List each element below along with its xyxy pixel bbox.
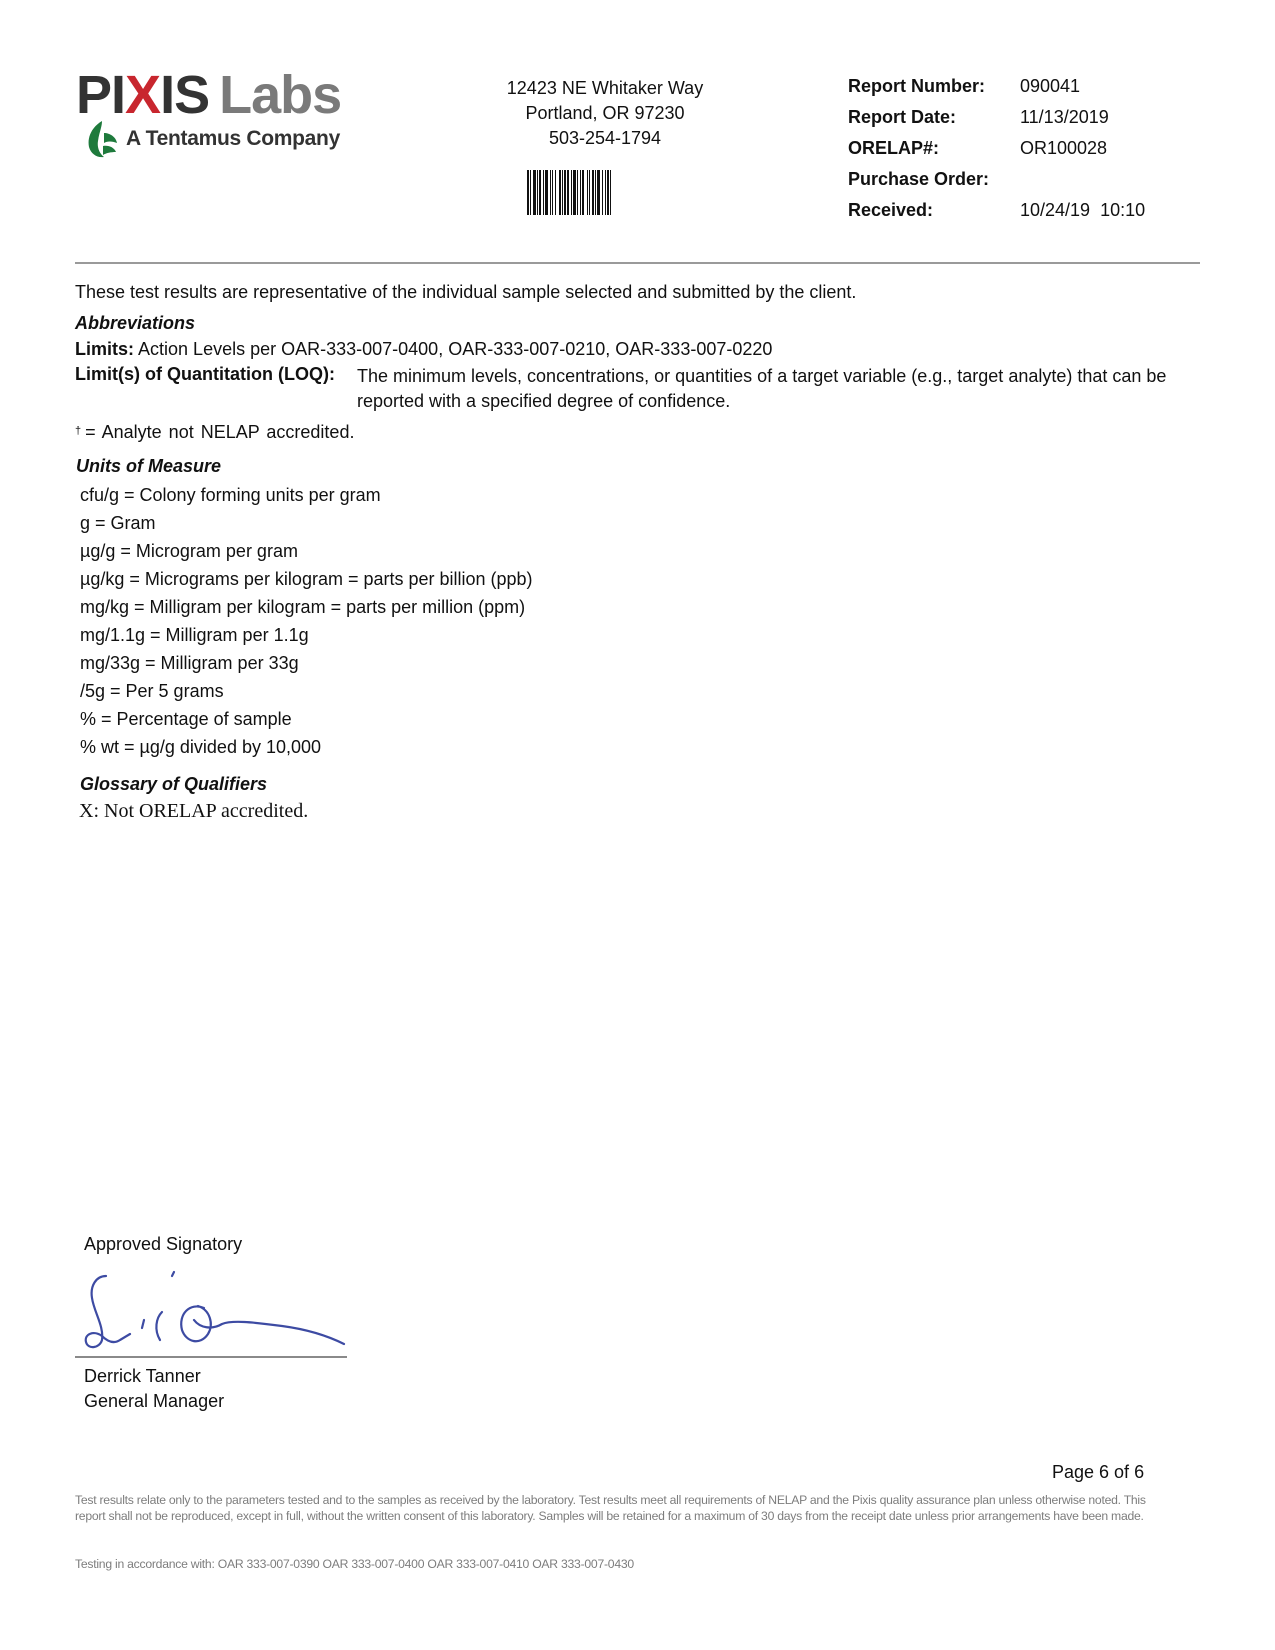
unit-definition: mg/33g = Milligram per 33g: [80, 652, 533, 680]
unit-definition: mg/1.1g = Milligram per 1.1g: [80, 624, 533, 652]
loq-label: Limit(s) of Quantitation (LOQ):: [75, 364, 335, 385]
logo-text-pi: PI: [76, 65, 125, 125]
meta-row-purchase-order: Purchase Order:: [848, 169, 1145, 200]
barcode: [527, 170, 668, 215]
approved-signatory-label: Approved Signatory: [84, 1234, 242, 1255]
intro-statement: These test results are representative of…: [75, 282, 856, 303]
unit-definition: g = Gram: [80, 512, 533, 540]
unit-definition: µg/kg = Micrograms per kilogram = parts …: [80, 568, 533, 596]
meta-row-orelap: ORELAP#:OR100028: [848, 138, 1145, 169]
limits-definition: Limits: Action Levels per OAR-333-007-04…: [75, 339, 772, 360]
lab-address: 12423 NE Whitaker Way Portland, OR 97230…: [480, 76, 730, 151]
unit-definition: cfu/g = Colony forming units per gram: [80, 484, 533, 512]
address-street: 12423 NE Whitaker Way: [480, 76, 730, 101]
signature-line: [75, 1356, 347, 1358]
logo-tagline: A Tentamus Company: [126, 127, 340, 151]
footer-disclaimer: Test results relate only to the paramete…: [75, 1492, 1155, 1524]
logo-text-labs: Labs: [219, 65, 341, 125]
page-number: Page 6 of 6: [1052, 1462, 1144, 1483]
glossary-heading: Glossary of Qualifiers: [80, 774, 267, 795]
limits-text: Action Levels per OAR-333-007-0400, OAR-…: [134, 339, 772, 359]
unit-definition: % wt = µg/g divided by 10,000: [80, 736, 533, 764]
dagger-text: = Analyte not NELAP accredited.: [85, 422, 354, 442]
meta-row-report-number: Report Number:090041: [848, 76, 1145, 107]
footer-testing-standards: Testing in accordance with: OAR 333-007-…: [75, 1557, 634, 1571]
glossary-item: X: Not ORELAP accredited.: [79, 800, 308, 823]
loq-text: The minimum levels, concentrations, or q…: [357, 364, 1207, 414]
report-meta: Report Number:090041 Report Date:11/13/2…: [848, 76, 1145, 231]
meta-row-report-date: Report Date:11/13/2019: [848, 107, 1145, 138]
abbreviations-heading: Abbreviations: [75, 313, 195, 334]
signature-image: [82, 1268, 350, 1356]
address-phone: 503-254-1794: [480, 126, 730, 151]
signer-name: Derrick Tanner: [84, 1366, 201, 1387]
units-list: cfu/g = Colony forming units per gramg =…: [80, 484, 533, 764]
logo-text-x: X: [125, 65, 160, 125]
unit-definition: % = Percentage of sample: [80, 708, 533, 736]
address-city: Portland, OR 97230: [480, 101, 730, 126]
units-heading: Units of Measure: [76, 456, 221, 477]
logo-text-is: IS: [160, 65, 209, 125]
company-logo: PIXISLabs: [76, 68, 341, 122]
logo-tagline-row: A Tentamus Company: [84, 118, 340, 160]
unit-definition: µg/g = Microgram per gram: [80, 540, 533, 568]
header-divider: [75, 262, 1200, 264]
meta-row-received: Received:10/24/19 10:10: [848, 200, 1145, 231]
limits-label: Limits:: [75, 339, 134, 359]
dagger-note: †= Analyte not NELAP accredited.: [75, 422, 354, 443]
unit-definition: mg/kg = Milligram per kilogram = parts p…: [80, 596, 533, 624]
leaf-logo-icon: [84, 119, 120, 159]
unit-definition: /5g = Per 5 grams: [80, 680, 533, 708]
dagger-symbol: †: [75, 425, 81, 437]
signer-title: General Manager: [84, 1391, 224, 1412]
